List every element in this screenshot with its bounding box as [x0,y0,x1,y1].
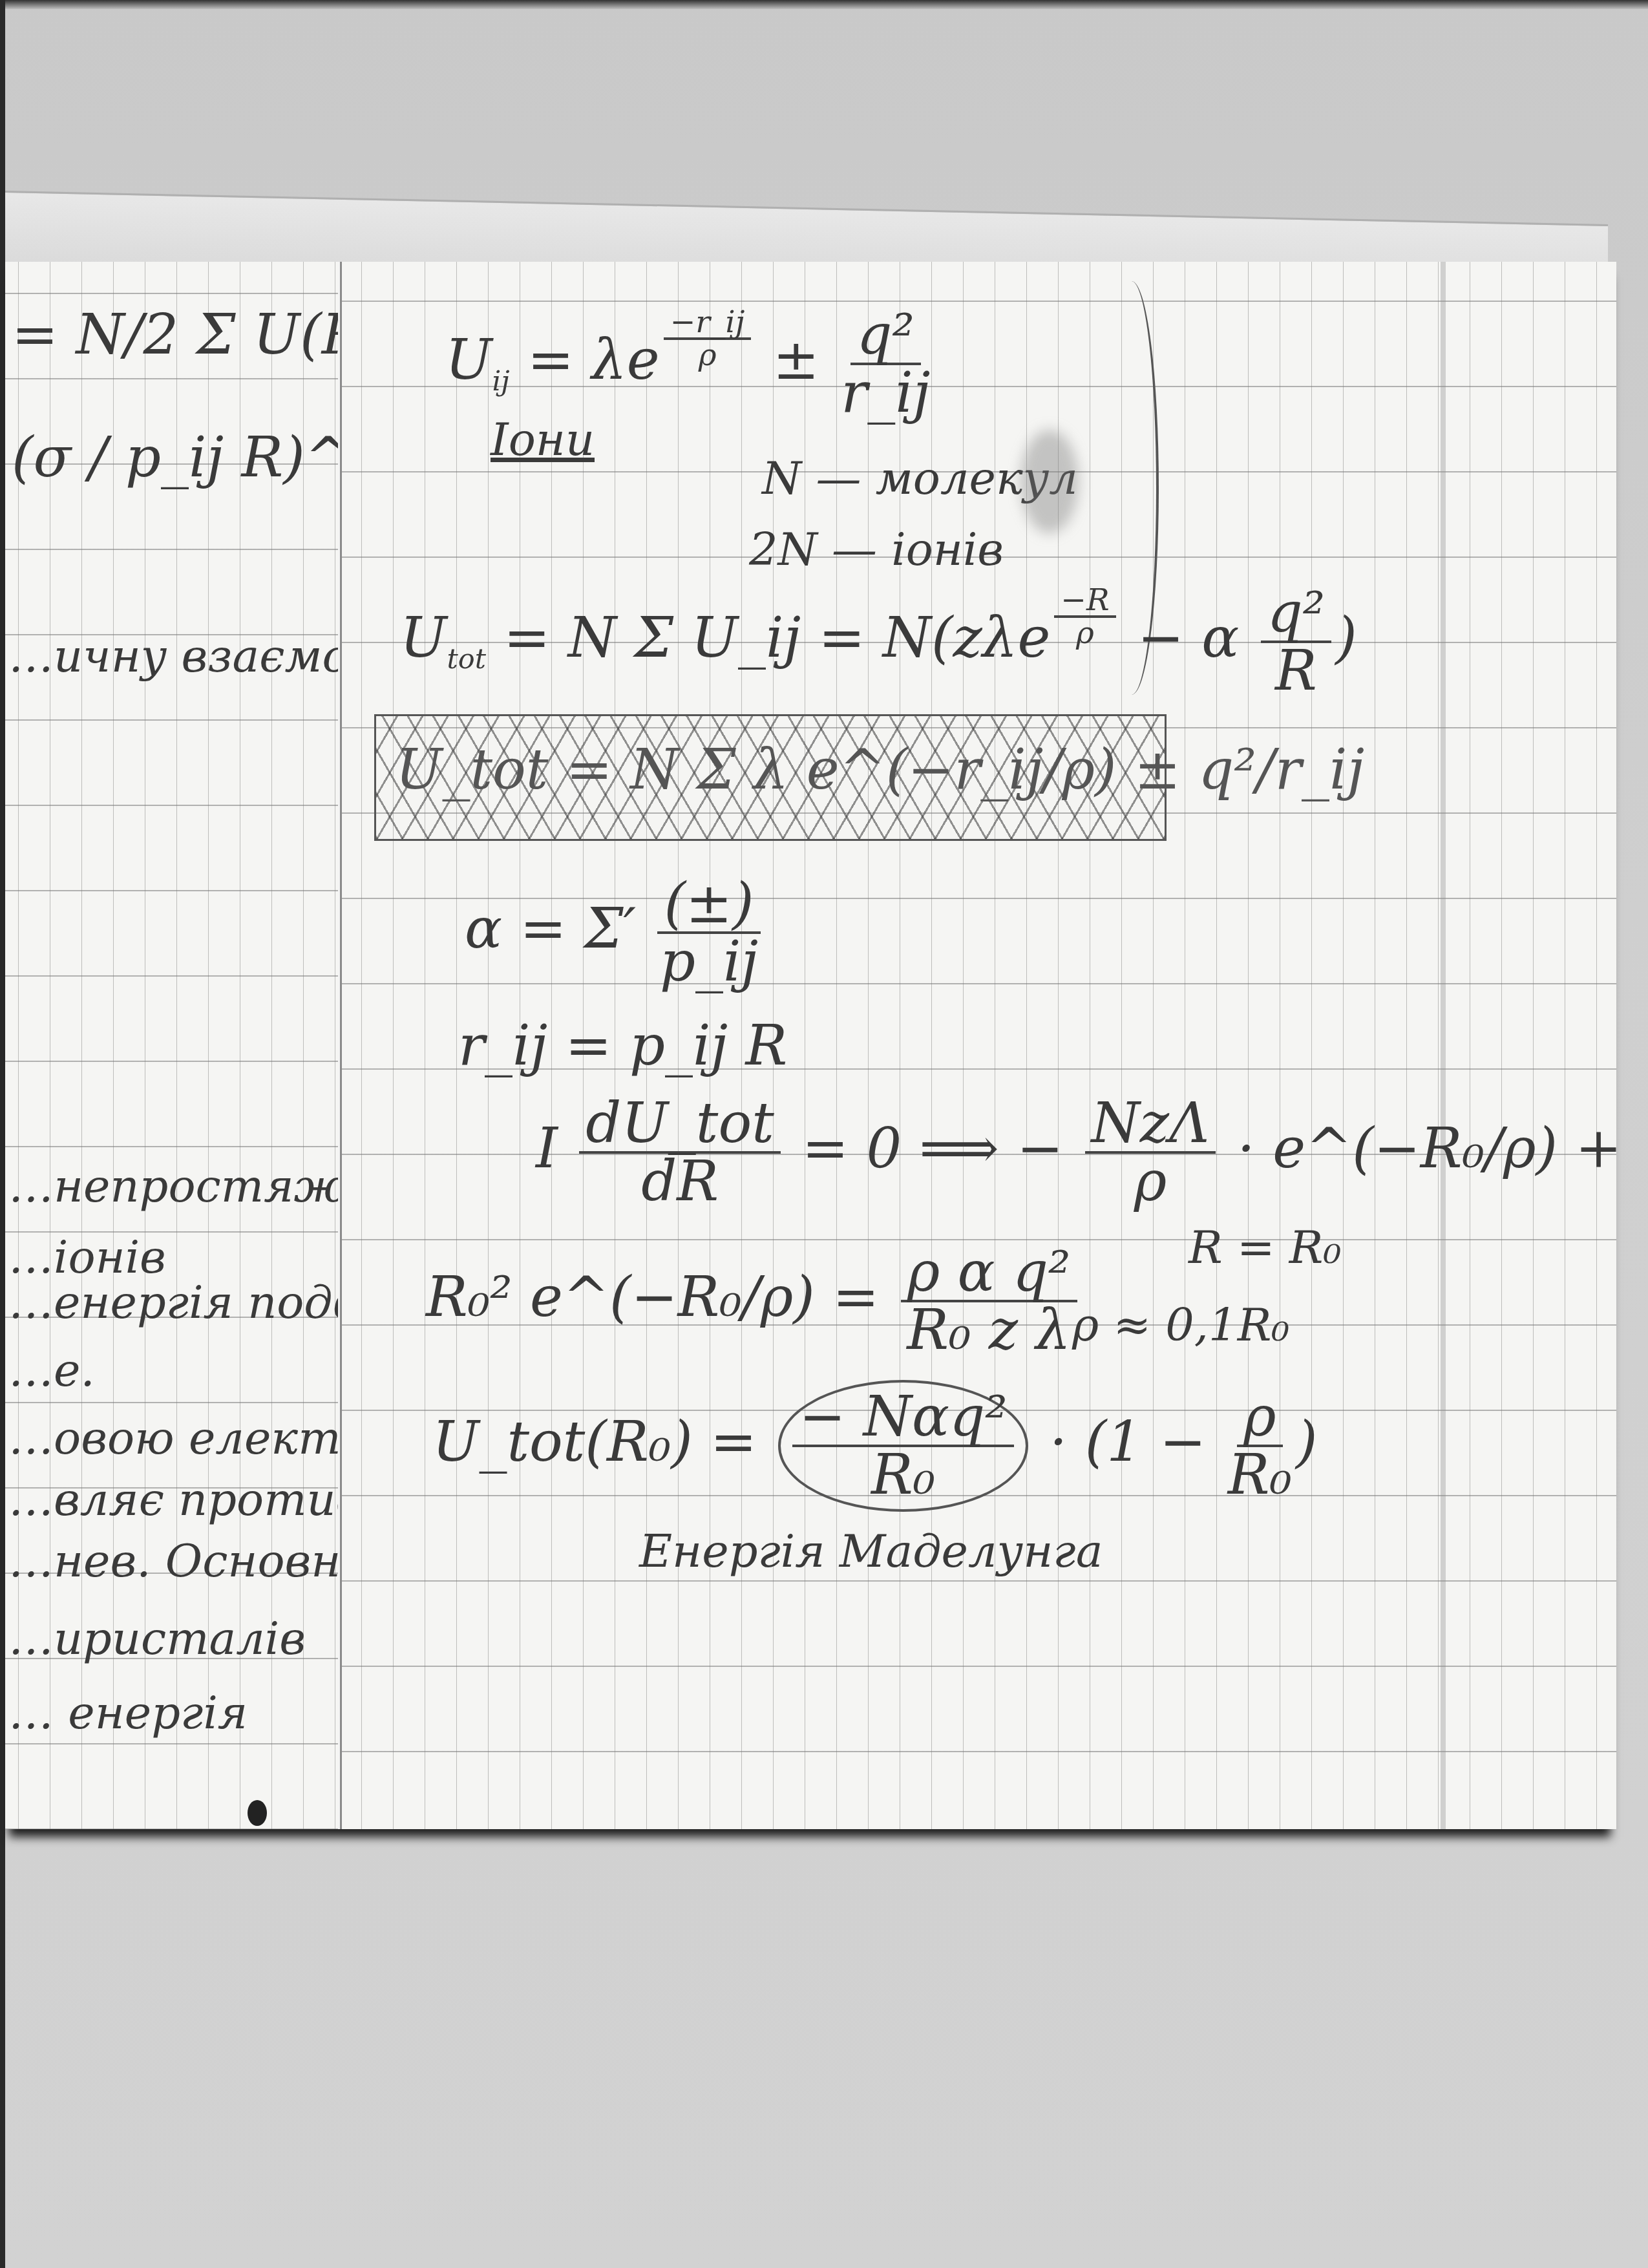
notebook: = N/2 Σ U(R_ij) (σ / p_ij R)^6 ] …ичну в… [5,262,1614,1829]
scanner-edge-left [0,0,5,2268]
left-line: …иристалів [8,1616,306,1661]
right-page: Uij = λe−r_ijρ ± q²r_ij Іони N — молекул… [340,262,1616,1829]
left-line: … енергія [8,1690,248,1735]
caption-madelung-energy: Енергія Маделунга [639,1529,1103,1574]
condition-r-equals-r0: R = R₀ [1188,1225,1342,1270]
left-line: …е. [8,1348,95,1393]
condition-rho: ρ ≈ 0,1R₀ [1072,1302,1289,1348]
scanner-edge-top [0,0,1648,9]
left-formula-bracket: (σ / p_ij R)^6 ] [12,430,338,485]
note-ions: 2N — іонів [749,527,1004,572]
ink-blot [248,1800,267,1826]
equation-utot: Utot = N Σ U_ij = N(zλe−Rρ − α q²R) [400,585,1357,699]
equation-rij: r_ij = p_ij R [458,1018,787,1074]
left-line: …овою електро- [8,1415,338,1461]
equation-uij: Uij = λe−r_ijρ ± q²r_ij [445,307,934,421]
left-line: …іонів [8,1235,166,1280]
left-line: …вляє противо- [8,1477,338,1522]
equation-alpha: α = Σ′ (±)p_ij [465,876,765,990]
left-line: …енергія подвл… [8,1280,338,1325]
crossed-out-text: U_tot = N Σ λ e^(−r_ij/ρ) ± q²/r_ij [396,742,1364,798]
equation-r0: R₀² e^(−R₀/ρ) = ρ α q²R₀ z λ [426,1244,1081,1358]
left-formula-top: = N/2 Σ U(R_ij) [12,307,338,363]
margin-line [1441,262,1446,1829]
smudge [1020,430,1079,533]
left-line: …непростяжності … [8,1163,338,1209]
circled-term: − Nαq²R₀ [778,1380,1028,1512]
left-line: …нев. Основні [8,1538,338,1584]
left-line: …ичну взаємодію. [8,633,338,679]
crossed-out-equation: U_tot = N Σ λ e^(−r_ij/ρ) ± q²/r_ij [374,714,1167,841]
equation-derivative: I dU_totdR = 0 ⟹ − NzΛρ · e^(−R₀/ρ) + α … [536,1096,1616,1209]
left-page: = N/2 Σ U(R_ij) (σ / p_ij R)^6 ] …ичну в… [5,262,338,1829]
label-ions: Іони [491,417,595,462]
equation-final: U_tot(R₀) = − Nαq²R₀ · (1 − ρR₀) [432,1380,1318,1512]
